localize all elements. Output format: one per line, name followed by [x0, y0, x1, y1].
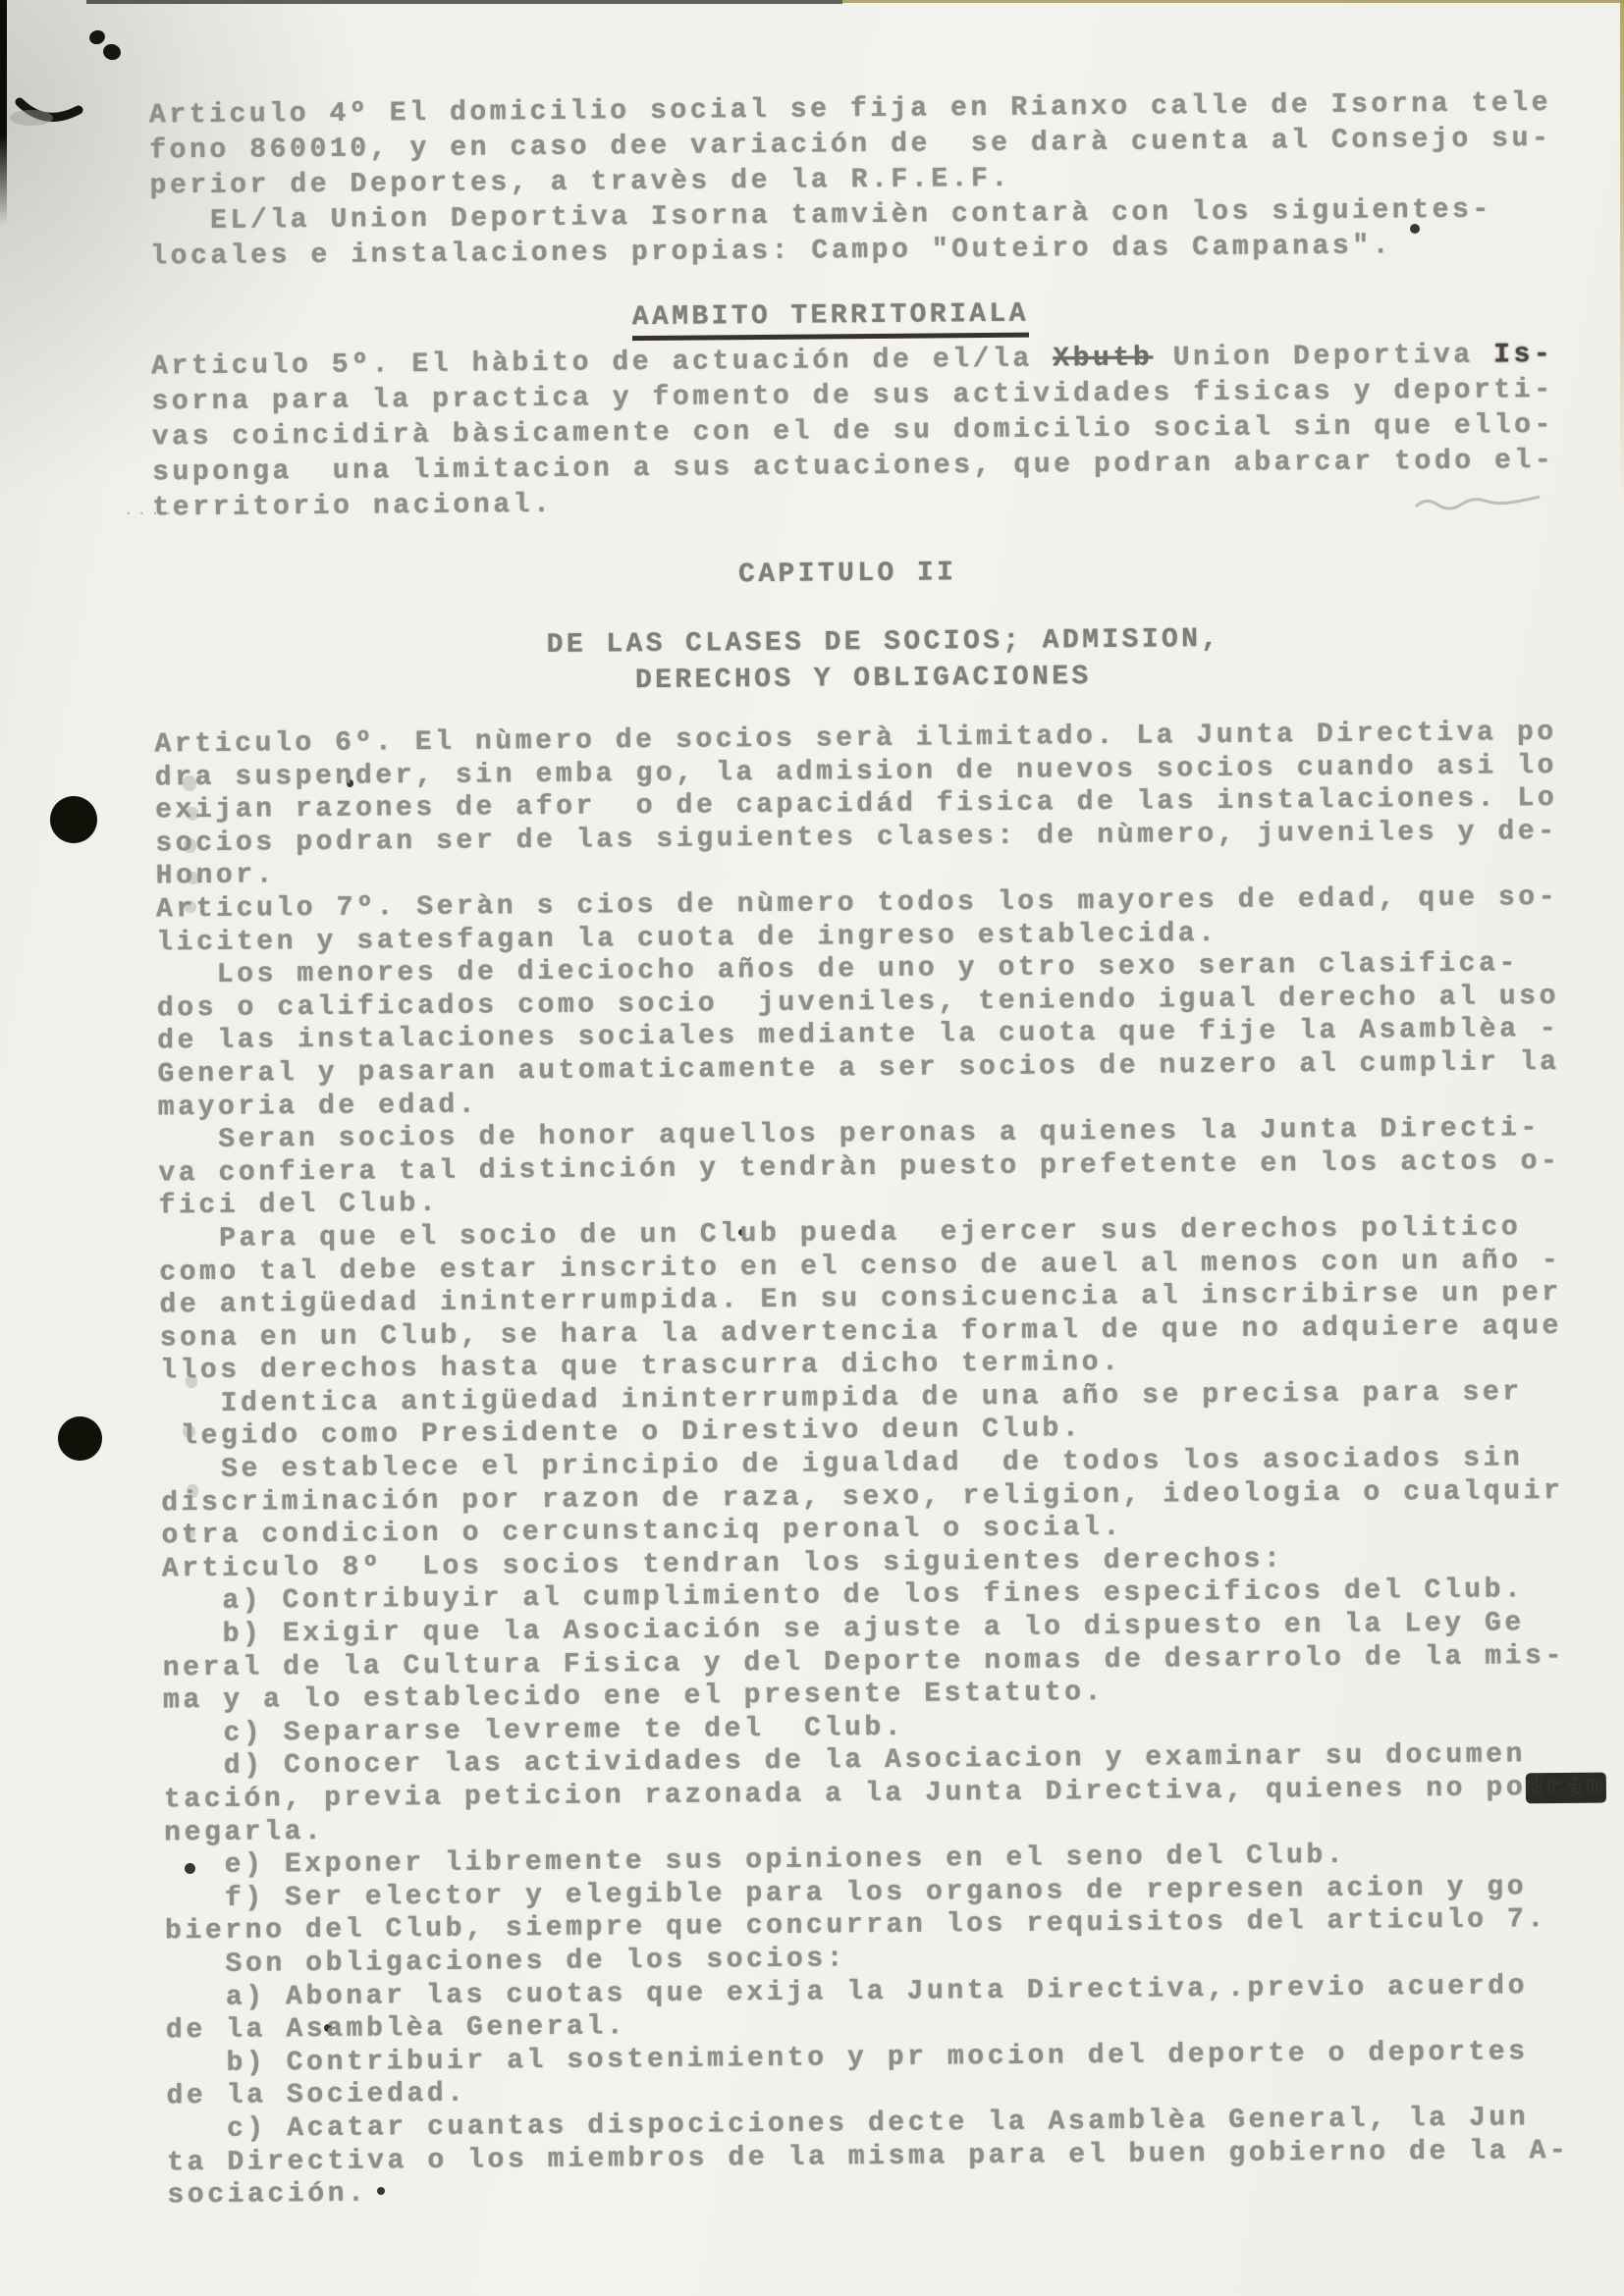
paragraph-articulo-4: Articulo 4º El domicilio social se fija …: [149, 86, 1553, 275]
body-text-articulos-6-7-8: Articulo 6º. El nùmero de socios serà il…: [154, 717, 1609, 2213]
overstruck-text: Is-: [1493, 340, 1553, 371]
typewritten-text: Articulo 4º El domicilio social se fija …: [0, 0, 1624, 2296]
overstruck-text: Xbutb: [1053, 344, 1153, 375]
text-segment: Articulo 5º. El hàbito de actuación de e…: [151, 344, 1053, 382]
text-segment: Union Deportiva: [1153, 340, 1493, 373]
overstruck-text: drán: [1526, 1773, 1606, 1804]
chapter-heading-capitulo-ii: CAPITULO II: [738, 558, 956, 590]
paragraph-articulo-5: Articulo 5º. El hàbito de actuación de e…: [151, 338, 1555, 526]
scanned-document-page: ····· Articulo 4º El domicilio social se…: [0, 0, 1624, 2296]
section-heading-ambito-territorial: AAMBITO TERRITORIALA: [632, 299, 1029, 342]
subheading-clases-line-1: DE LAS CLASES DE SOCIOS; ADMISION,: [547, 624, 1221, 661]
subheading-clases-line-2: DERECHOS Y OBLIGACIONES: [635, 662, 1092, 696]
